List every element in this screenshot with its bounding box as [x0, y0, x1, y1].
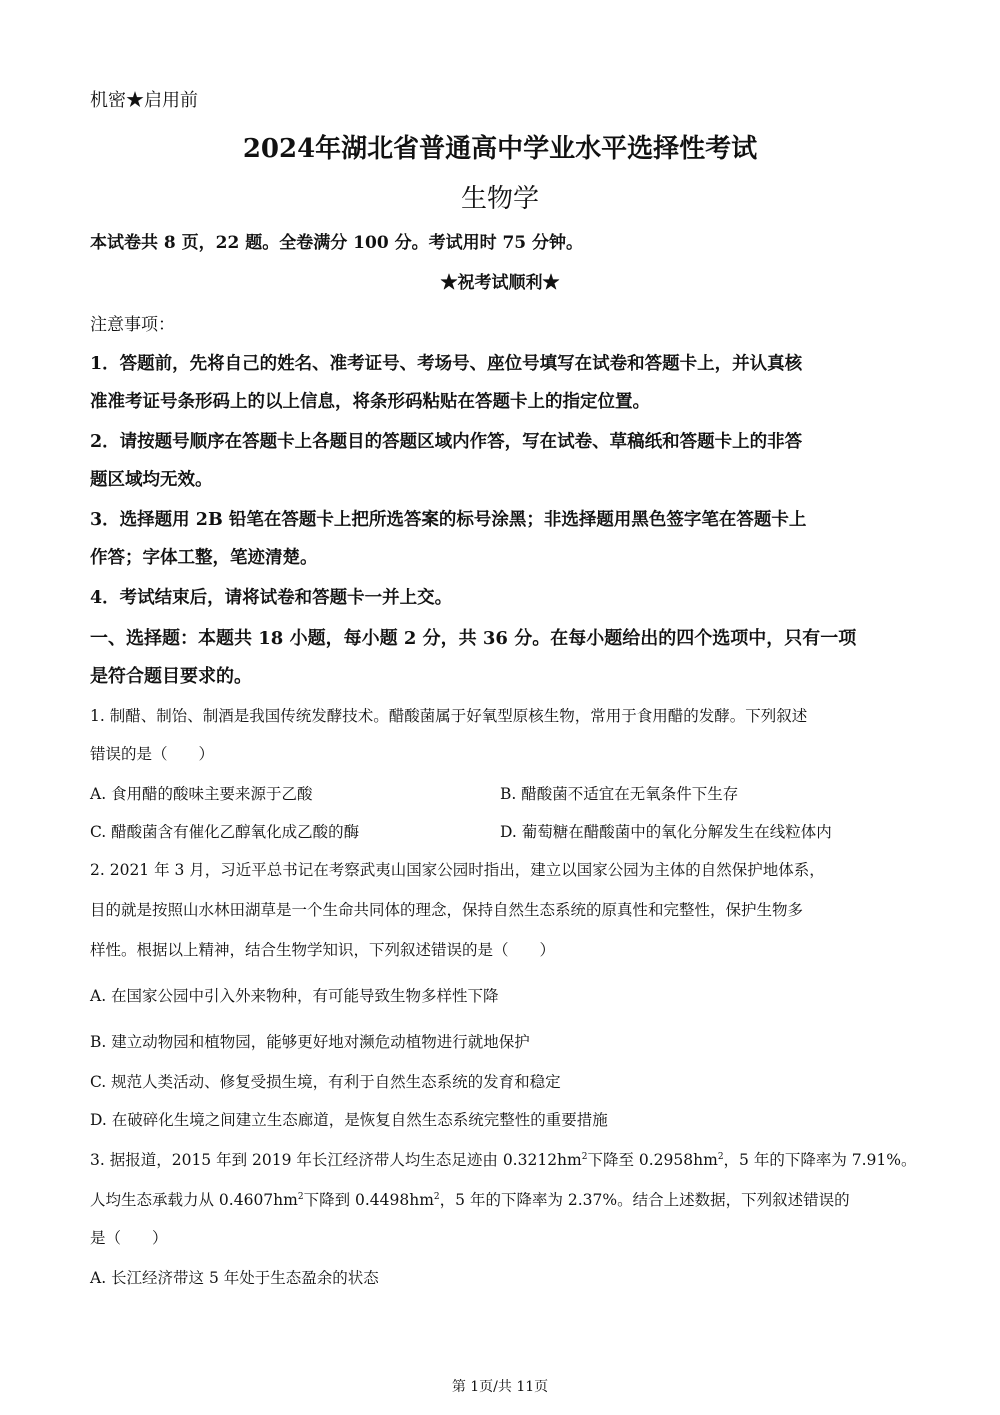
section-heading: 一、选择题：本题共 18 小题，每小题 2 分，共 36 分。在每小题给出的四个… [90, 624, 856, 650]
question-2-stem: 2. 2021 年 3 月，习近平总书记在考察武夷山国家公园时指出，建立以国家公… [90, 858, 825, 880]
note-line: 1．答题前，先将自己的姓名、准考证号、考场号、座位号填写在试卷和答题卡上，并认真… [90, 350, 802, 375]
question-1-stem: 错误的是（ ） [90, 742, 214, 764]
q2-option-d: D. 在破碎化生境之间建立生态廊道，是恢复自然生态系统完整性的重要措施 [90, 1108, 608, 1130]
q1-option-a: A. 食用醋的酸味主要来源于乙酸 [90, 782, 313, 804]
subject-title: 生物学 [0, 178, 1000, 215]
note-line: 2．请按题号顺序在答题卡上各题目的答题区域内作答，写在试卷、草稿纸和答题卡上的非… [90, 428, 802, 453]
q1-option-d: D. 葡萄糖在醋酸菌中的氧化分解发生在线粒体内 [500, 820, 832, 842]
note-line: 3．选择题用 2B 铅笔在答题卡上把所选答案的标号涂黑；非选择题用黑色签字笔在答… [90, 506, 806, 531]
confidential-label: 机密★启用前 [90, 86, 198, 112]
section-heading: 是符合题目要求的。 [90, 662, 252, 688]
question-2-stem: 目的就是按照山水林田湖草是一个生命共同体的理念，保持自然生态系统的原真性和完整性… [90, 898, 803, 920]
notes-heading: 注意事项： [90, 310, 175, 335]
q2-option-c: C. 规范人类活动、修复受损生境，有利于自然生态系统的发育和稳定 [90, 1070, 561, 1092]
note-line: 作答；字体工整，笔迹清楚。 [90, 544, 318, 569]
question-3-stem: 人均生态承载力从 0.4607hm2下降到 0.4498hm2，5 年的下降率为… [90, 1188, 850, 1210]
q1-option-c: C. 醋酸菌含有催化乙醇氧化成乙酸的酶 [90, 820, 359, 842]
note-line: 题区域均无效。 [90, 466, 213, 491]
note-line: 准准考证号条形码上的以上信息，将条形码粘贴在答题卡上的指定位置。 [90, 388, 650, 413]
question-2-stem: 样性。根据以上精神，结合生物学知识，下列叙述错误的是（ ） [90, 938, 555, 960]
note-line: 4．考试结束后，请将试卷和答题卡一并上交。 [90, 584, 452, 609]
good-luck-line: ★祝考试顺利★ [0, 268, 1000, 293]
question-3-stem: 3. 据报道，2015 年到 2019 年长江经济带人均生态足迹由 0.3212… [90, 1148, 917, 1170]
q2-option-a: A. 在国家公园中引入外来物种，有可能导致生物多样性下降 [90, 984, 499, 1006]
exam-info: 本试卷共 8 页，22 题。全卷满分 100 分。考试用时 75 分钟。 [90, 228, 583, 253]
question-1-stem: 1. 制醋、制饴、制酒是我国传统发酵技术。醋酸菌属于好氧型原核生物，常用于食用醋… [90, 704, 807, 726]
question-3-stem: 是（ ） [90, 1226, 168, 1248]
q2-option-b: B. 建立动物园和植物园，能够更好地对濒危动植物进行就地保护 [90, 1030, 530, 1052]
q3-option-a: A. 长江经济带这 5 年处于生态盈余的状态 [90, 1266, 379, 1288]
page-number: 第 1页/共 11页 [0, 1376, 1000, 1396]
q1-option-b: B. 醋酸菌不适宜在无氧条件下生存 [500, 782, 738, 804]
exam-title: 2024年湖北省普通高中学业水平选择性考试 [0, 128, 1000, 165]
exam-page: 机密★启用前 2024年湖北省普通高中学业水平选择性考试 生物学 本试卷共 8 … [0, 0, 1000, 1415]
